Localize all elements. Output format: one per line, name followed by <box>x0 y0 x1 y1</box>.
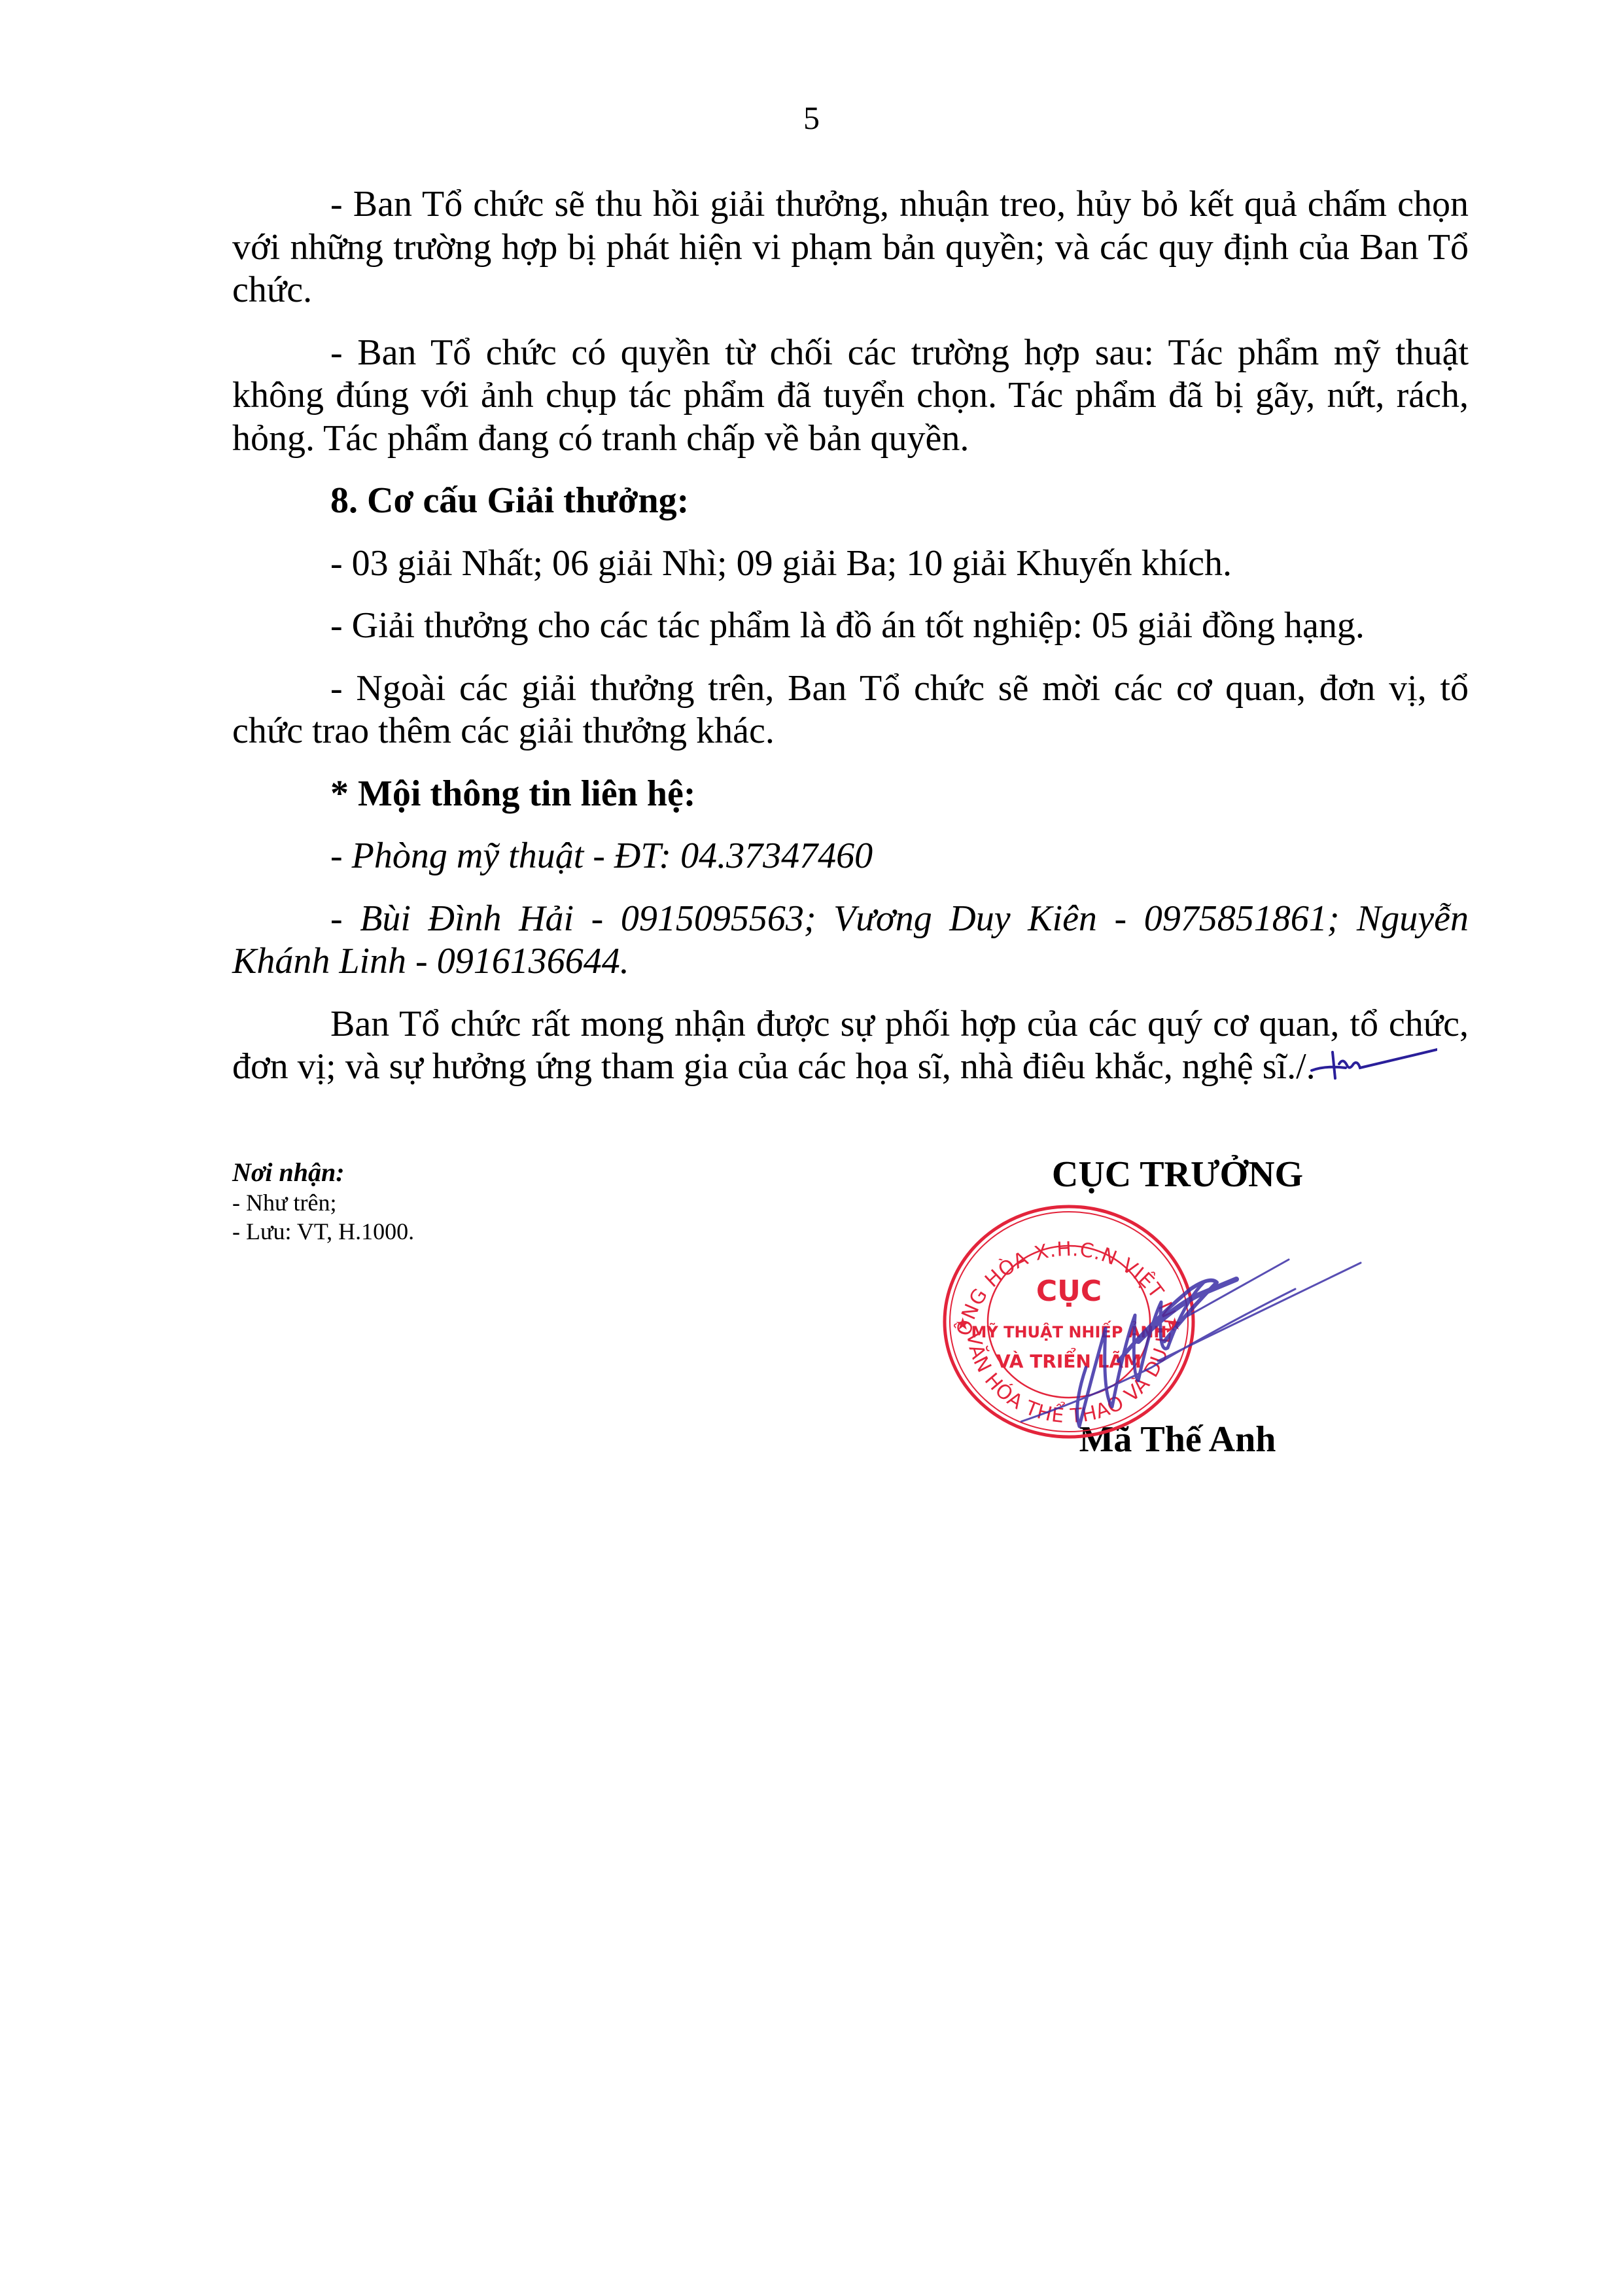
handwritten-signature-icon <box>1021 1243 1374 1459</box>
section-heading-award-structure: 8. Cơ cấu Giải thưởng: <box>232 480 1469 523</box>
paragraph-graduation-awards: - Giải thưởng cho các tác phẩm là đồ án … <box>232 605 1469 648</box>
recipient-item: - Như trên; <box>232 1188 414 1217</box>
paragraph-other-awards: - Ngoài các giải thưởng trên, Ban Tổ chứ… <box>232 667 1469 753</box>
recipients-label: Nơi nhận: <box>232 1157 414 1188</box>
paragraph-revoke-awards: - Ban Tổ chức sẽ thu hồi giải thưởng, nh… <box>232 183 1469 312</box>
closing-text: Ban Tổ chức rất mong nhận được sự phối h… <box>232 1004 1469 1087</box>
page-number: 5 <box>0 98 1623 137</box>
section-heading-contact: * Mội thông tin liên hệ: <box>232 773 1469 816</box>
initial-signature-icon <box>1306 1046 1437 1085</box>
svg-text:★: ★ <box>955 1315 970 1334</box>
document-body: - Ban Tổ chức sẽ thu hồi giải thưởng, nh… <box>232 183 1469 1089</box>
paragraph-refusal-cases: - Ban Tổ chức có quyền từ chối các trườn… <box>232 332 1469 461</box>
recipient-item: - Lưu: VT, H.1000. <box>232 1217 414 1246</box>
closing-paragraph: Ban Tổ chức rất mong nhận được sự phối h… <box>232 1003 1469 1089</box>
recipients-block: Nơi nhận: - Như trên; - Lưu: VT, H.1000. <box>232 1157 414 1246</box>
contact-persons: - Bùi Đình Hải - 0915095563; Vương Duy K… <box>232 898 1469 983</box>
paragraph-award-counts: - 03 giải Nhất; 06 giải Nhì; 09 giải Ba;… <box>232 542 1469 586</box>
signer-title: CỤC TRƯỞNG <box>1007 1152 1348 1197</box>
contact-office: - Phòng mỹ thuật - ĐT: 04.37347460 <box>232 835 1469 878</box>
